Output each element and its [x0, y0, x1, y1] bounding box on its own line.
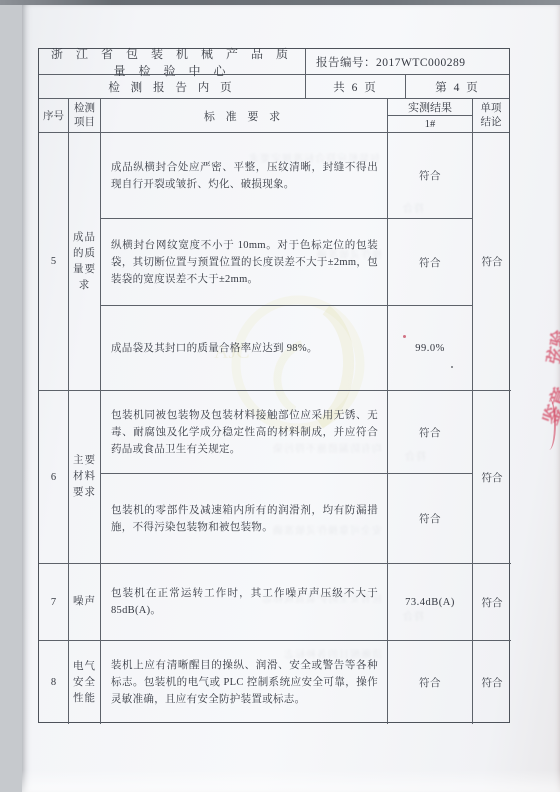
column-header-row: 序号 检测 项目 标 准 要 求 实测结果 1# 单项 结论: [39, 99, 509, 133]
item-6: 主要 材料 要求: [69, 391, 101, 564]
page-info-row: 检 测 报 告 内 页 共 6 页 第 4 页: [39, 75, 509, 99]
result-column: 符合 符合 99.0% 符合 符合 73.4dB(A) 符合: [388, 133, 473, 724]
item-column: 成品 的质 量要 求 主要 材料 要求 噪声 电气 安全 性能: [69, 133, 101, 724]
col-header-item: 检测 项目: [69, 99, 101, 132]
inspection-report-table: 浙 江 省 包 装 机 械 产 品 质 量 检 验 中 心 报告编号：2017W…: [38, 48, 510, 723]
seq-6: 6: [39, 391, 69, 564]
result-value: 符合: [388, 133, 473, 219]
result-value: 99.0%: [388, 306, 473, 391]
table-body: 5 6 7 8 成品 的质 量要 求 主要 材料 要求 噪声 电气 安全 性能 …: [39, 133, 509, 724]
col-header-conclusion: 单项 结论: [473, 99, 509, 132]
requirement: 成品袋及其封口的质量合格率应达到 98%。: [101, 306, 388, 391]
scanned-report-page: AJC 包装机应符合标准规定要求 操作灵敏准确 均有防漏措施不得污染 安全可靠操…: [0, 0, 560, 792]
current-page: 第 4 页: [406, 75, 509, 98]
item-5: 成品 的质 量要 求: [69, 133, 101, 391]
result-value: 73.4dB(A): [388, 564, 473, 641]
conclusion-7: 符合: [473, 564, 511, 641]
col-header-standard: 标 准 要 求: [101, 99, 388, 132]
requirement: 包装机的零部件及减速箱内所有的润滑剂，均有防漏措施，不得污染包装物和被包装物。: [101, 474, 388, 564]
seq-7: 7: [39, 564, 69, 641]
col-header-result: 实测结果 1#: [388, 99, 473, 132]
result-value: 符合: [388, 474, 473, 564]
col-header-sample: 1#: [388, 116, 472, 132]
conclusion-column: 符合 符合 符合 符合: [473, 133, 511, 724]
result-value: 符合: [388, 641, 473, 724]
seq-5: 5: [39, 133, 69, 391]
seq-8: 8: [39, 641, 69, 724]
requirement: 成品纵横封合处应严密、平整，压纹清晰，封缝不得出现自行开裂或皱折、灼化、破损现象…: [101, 133, 388, 219]
conclusion-5: 符合: [473, 133, 511, 391]
result-value: 符合: [388, 391, 473, 474]
item-7: 噪声: [69, 564, 101, 641]
requirement: 包装机同被包装物及包装材料接触部位应采用无锈、无毒、耐腐蚀及化学成分稳定性高的材…: [101, 391, 388, 474]
conclusion-6: 符合: [473, 391, 511, 564]
page-title: 检 测 报 告 内 页: [39, 75, 306, 98]
col-header-seq: 序号: [39, 99, 69, 132]
item-8: 电气 安全 性能: [69, 641, 101, 724]
result-value: 符合: [388, 219, 473, 306]
seq-column: 5 6 7 8: [39, 133, 69, 724]
requirement: 装机上应有清晰醒目的操纵、润滑、安全或警告等各种标志。包装机的电气或 PLC 控…: [101, 641, 388, 724]
total-pages: 共 6 页: [306, 75, 406, 98]
table-title-row: 浙 江 省 包 装 机 械 产 品 质 量 检 验 中 心 报告编号：2017W…: [39, 49, 509, 75]
conclusion-8: 符合: [473, 641, 511, 724]
report-number: 报告编号：2017WTC000289: [306, 49, 509, 74]
requirement: 包装机在正常运转工作时，其工作噪声声压级不大于 85dB(A)。: [101, 564, 388, 641]
paper-bottom-edge: [22, 770, 560, 792]
org-name: 浙 江 省 包 装 机 械 产 品 质 量 检 验 中 心: [39, 49, 306, 74]
standard-column: 成品纵横封合处应严密、平整，压纹清晰，封缝不得出现自行开裂或皱折、灼化、破损现象…: [101, 133, 388, 724]
requirement: 纵横封台网纹宽度不小于 10mm。对于色标定位的包装袋，其切断位置与预置位置的长…: [101, 219, 388, 306]
col-header-result-label: 实测结果: [388, 99, 472, 116]
